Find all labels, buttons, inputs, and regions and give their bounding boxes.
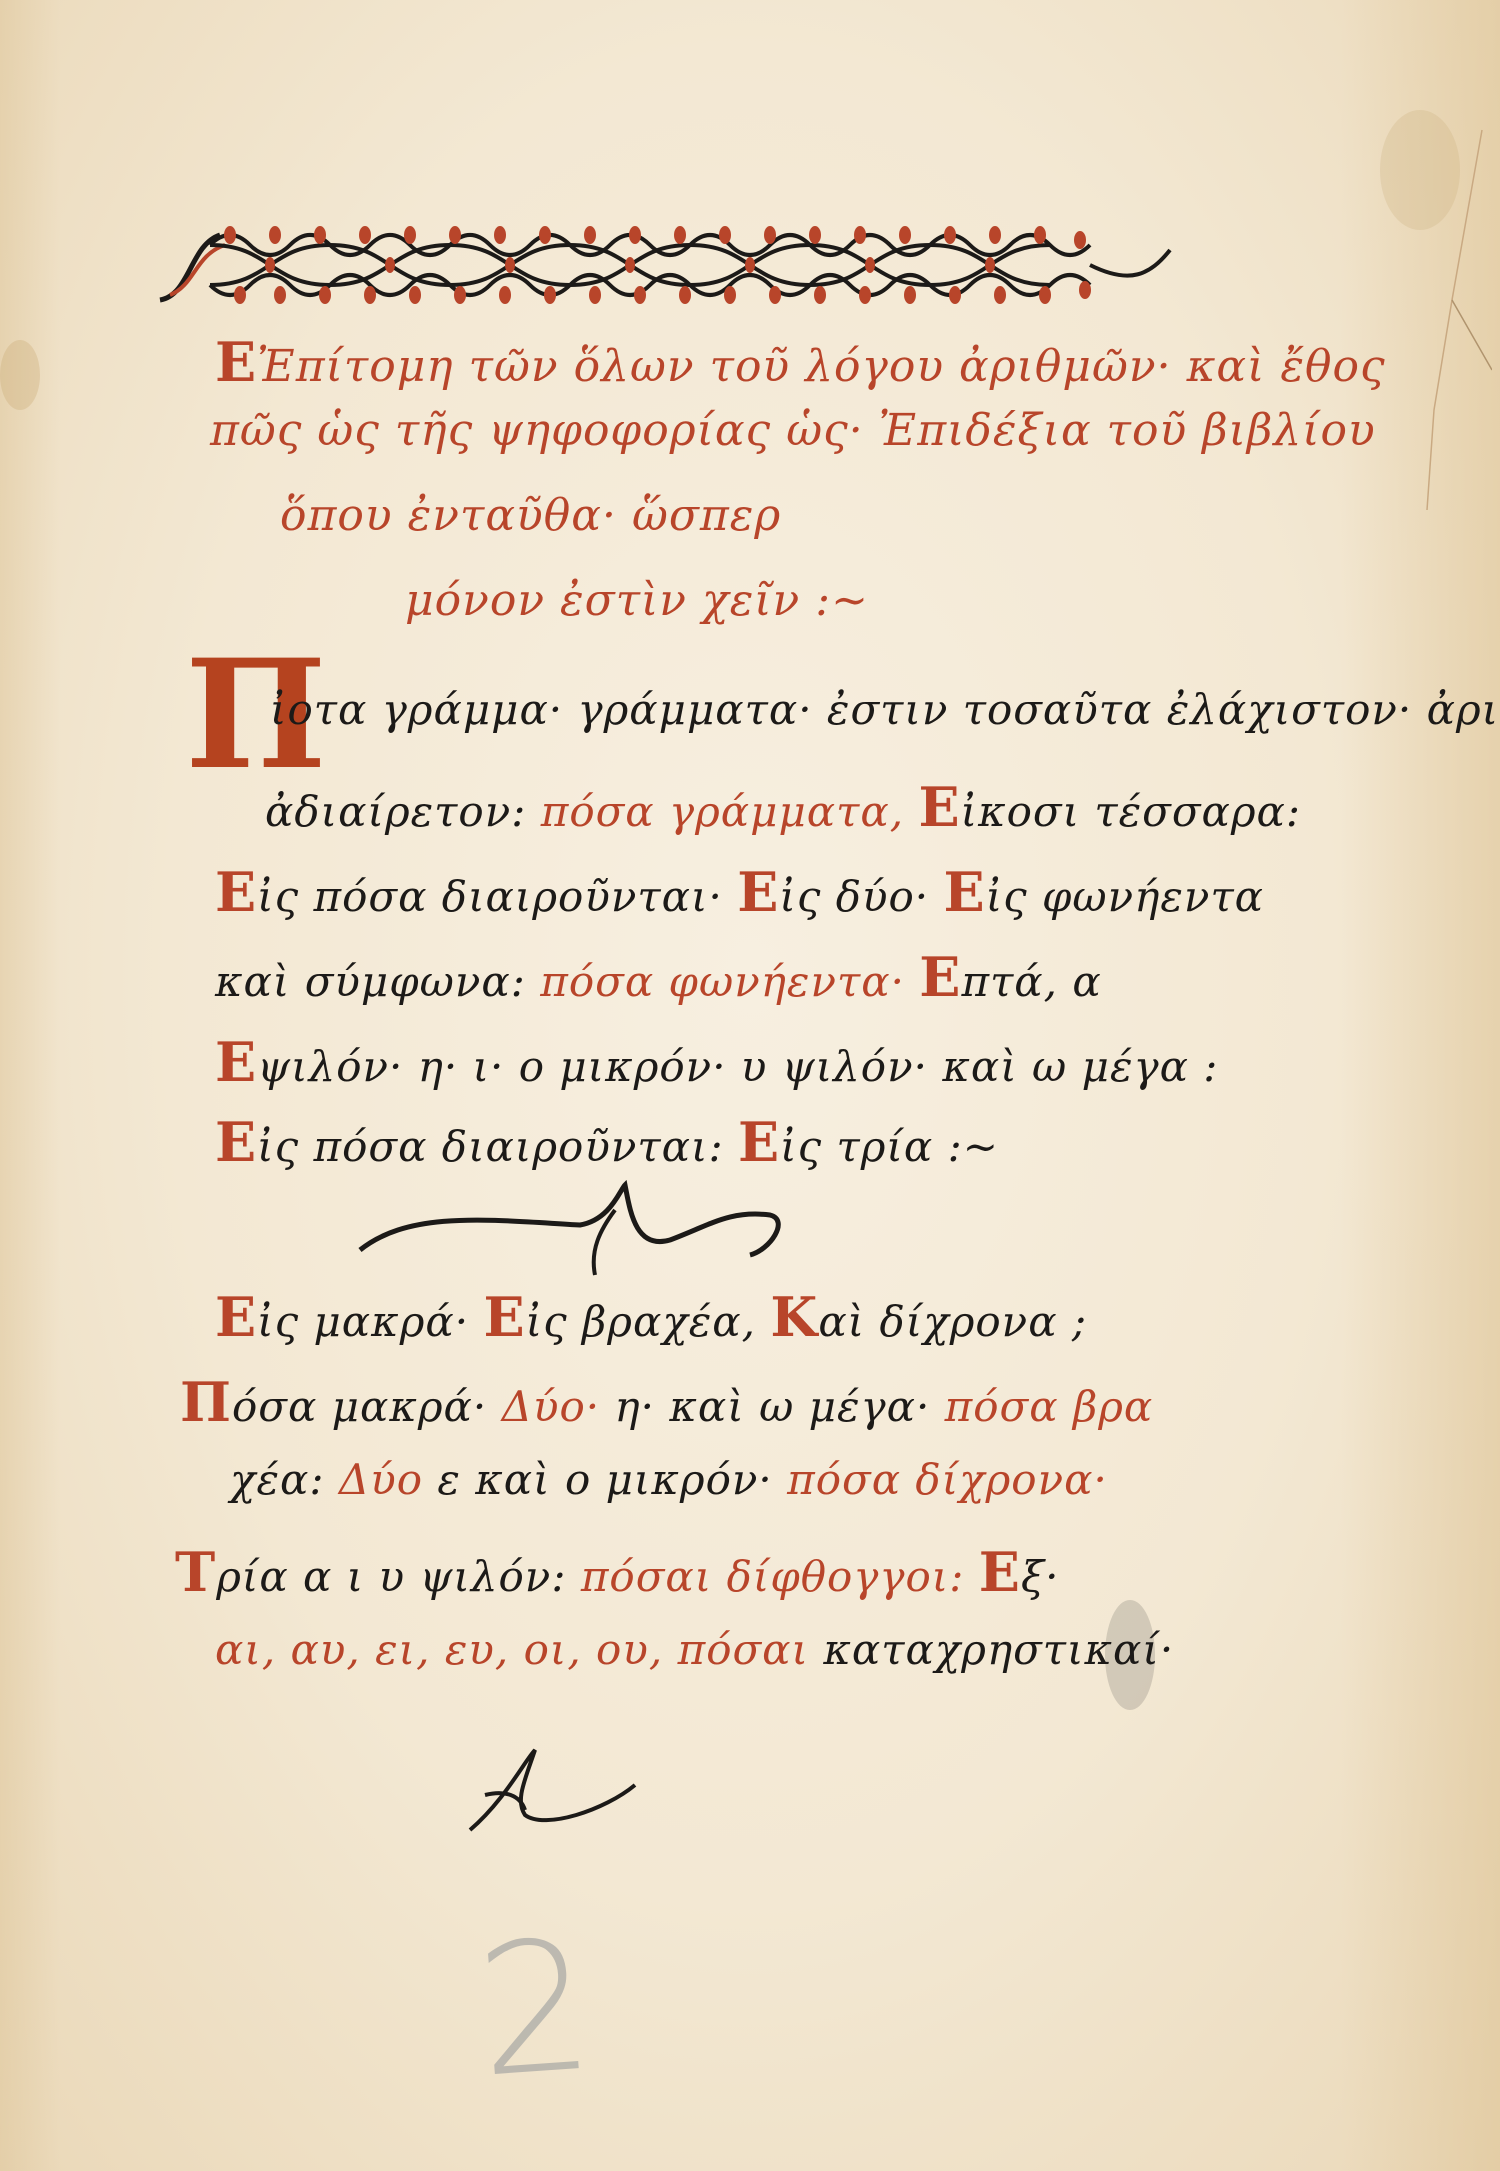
rubric-text: αι, αυ, ει, ευ, οι, ου, xyxy=(215,1625,663,1674)
red-initial-e: Ε xyxy=(215,1285,257,1349)
line-text: ἰς πόσα διαιροῦνται: xyxy=(257,1122,738,1171)
text-line-3: Εἰς πόσα διαιροῦνται· Εἰς δύο· Εἰς φωνήε… xyxy=(215,860,1264,924)
red-initial-e: Ε xyxy=(919,945,961,1009)
rubric-title-line-1: ΕἘπίτομη τῶν ὅλων τοῦ λόγου ἀριθμῶν· καὶ… xyxy=(215,330,1386,394)
paper-crease xyxy=(1372,110,1492,510)
line-text: ἰς δύο· xyxy=(779,872,943,921)
text-line-9: χέα: Δύο ε καὶ ο μικρόν· πόσα δίχρονα· xyxy=(230,1455,1108,1504)
rubric-title-line-4: μόνον ἐστὶν χεῖν :~ xyxy=(405,575,869,626)
rubric-title-line-3: ὅπου ἐνταῦθα· ὥσπερ xyxy=(280,490,781,541)
text-line-5: Εψιλόν· η· ι· ο μικρόν· υ ψιλόν· καὶ ω μ… xyxy=(215,1030,1218,1094)
rubric-text: πόσα δίχρονα· xyxy=(787,1455,1108,1504)
rubric-text: Δύο· xyxy=(502,1382,601,1431)
rubric-text: πόσα βρα xyxy=(945,1382,1154,1431)
red-initial-tau: Τ xyxy=(175,1540,216,1604)
text-line-8: Πόσα μακρά· Δύο· η· καὶ ω μέγα· πόσα βρα xyxy=(180,1370,1153,1434)
section-divider-flourish xyxy=(350,1180,910,1280)
pencil-folio-number: 2 xyxy=(471,1901,600,2117)
red-initial-e: Ε xyxy=(944,860,986,924)
text-line-7: Εἰς μακρά· Εἰς βραχέα, Καὶ δίχρονα ; xyxy=(215,1285,1087,1349)
line-text: ἰς βραχέα, xyxy=(526,1297,771,1346)
page-edge-left-shadow xyxy=(0,0,60,2171)
line-text: ἰοτα γράμμα· γράμματα· ἐστιν τοσαῦτα ἐλά… xyxy=(270,685,1500,734)
line-text: ψιλόν· η· ι· ο μικρόν· υ ψιλόν· καὶ ω μέ… xyxy=(257,1042,1218,1091)
line-text: καὶ σύμφωνα: xyxy=(215,957,540,1006)
red-initial-pi: Π xyxy=(180,1370,232,1434)
line-text: ξ· xyxy=(1021,1552,1059,1601)
red-initial-e: Ε xyxy=(215,1110,257,1174)
line-text: πτά, α xyxy=(961,957,1101,1006)
rubric-text: Δύο xyxy=(339,1455,423,1504)
red-initial-e: Ε xyxy=(483,1285,525,1349)
foxing-stain xyxy=(0,340,40,410)
line-text: ἰς τρία :~ xyxy=(780,1122,999,1171)
text-line-1: ἰοτα γράμμα· γράμματα· ἐστιν τοσαῦτα ἐλά… xyxy=(270,685,1500,734)
red-initial-k: Κ xyxy=(770,1285,818,1349)
red-initial-e: Ε xyxy=(979,1540,1021,1604)
line-text: αὶ δίχρονα ; xyxy=(818,1297,1087,1346)
text-line-11: αι, αυ, ει, ευ, οι, ου, πόσαι καταχρηστι… xyxy=(215,1625,1174,1674)
red-initial-e: Ε xyxy=(215,1030,257,1094)
rubric-text: πόσα γράμματα, xyxy=(541,787,904,836)
text-line-6: Εἰς πόσα διαιροῦνται: Εἰς τρία :~ xyxy=(215,1110,999,1174)
text-line-4: καὶ σύμφωνα: πόσα φωνήεντα· Επτά, α xyxy=(215,945,1102,1009)
line-text: ἰκοσι τέσσαρα: xyxy=(961,787,1301,836)
red-initial-e: Ε xyxy=(918,775,960,839)
line-text: χέα: xyxy=(230,1455,339,1504)
braided-headpiece-ornament xyxy=(150,205,1180,315)
line-text: η· καὶ ω μέγα· xyxy=(600,1382,945,1431)
rubric-text: πόσαι δίφθογγοι: xyxy=(581,1552,965,1601)
closing-flourish xyxy=(465,1740,645,1840)
rubric-title-line-2: πῶς ὡς τῆς ψηφοφορίας ὡς· Ἐπιδέξια τοῦ β… xyxy=(210,405,1376,456)
line-text: ρία α ι υ ψιλόν: xyxy=(216,1552,581,1601)
line-text: ἰς φωνήεντα xyxy=(986,872,1264,921)
red-initial-e: Ε xyxy=(215,330,257,394)
text-line-10: Τρία α ι υ ψιλόν: πόσαι δίφθογγοι: Εξ· xyxy=(175,1540,1059,1604)
red-initial-e: Ε xyxy=(738,1110,780,1174)
red-initial-e: Ε xyxy=(737,860,779,924)
line-text: ἰς μακρά· xyxy=(257,1297,483,1346)
text-line-2: ἀδιαίρετον: πόσα γράμματα, Εἰκοσι τέσσαρ… xyxy=(265,775,1301,839)
line-text: ἰς πόσα διαιροῦνται· xyxy=(257,872,737,921)
title-text: Ἐπίτομη τῶν ὅλων τοῦ λόγου ἀριθμῶν· καὶ … xyxy=(257,341,1385,392)
rubric-text: πόσα φωνήεντα· xyxy=(540,957,905,1006)
line-text: ε καὶ ο μικρόν· xyxy=(423,1455,787,1504)
line-text: όσα μακρά· xyxy=(232,1382,502,1431)
line-text: ἀδιαίρετον: xyxy=(265,787,541,836)
red-initial-e: Ε xyxy=(215,860,257,924)
rubric-text: πόσαι xyxy=(678,1625,809,1674)
line-text: καταχρηστικαί· xyxy=(809,1625,1174,1674)
